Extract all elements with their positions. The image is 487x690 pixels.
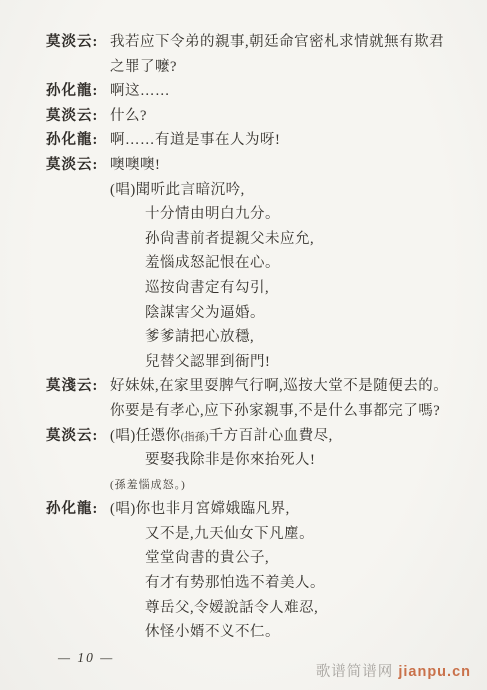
sung-lyric-text: 堂堂尙書的貴公子, — [145, 546, 269, 571]
speaker-label: 孙化龍: — [46, 128, 110, 153]
script-line: 爹爹請把心放穩, — [46, 325, 473, 350]
script-line: 要娶我除非是你來抬死人! — [46, 448, 473, 473]
script-line: 堂堂尙書的貴公子, — [46, 546, 473, 571]
dialogue-text: 好妹妹,在家里耍脾气行啊,巡按大堂不是随便去的。 — [110, 374, 448, 399]
page-number: — 10 — — [58, 650, 114, 666]
script-line: (孫羞惱成怒。) — [46, 473, 473, 498]
sung-lyric-text: 又不是,九天仙女下凡塵。 — [145, 522, 314, 547]
sung-lyric-text: 休怪小婿不义不仁。 — [145, 620, 280, 645]
speaker-label: 莫淡云: — [46, 153, 110, 178]
watermark-site-name: 歌谱简谱网 — [316, 664, 394, 680]
script-line: 孙尙書前者提親父未应允, — [46, 227, 473, 252]
speaker-label: 莫淡云: — [46, 104, 110, 129]
script-line: 之罪了嚒? — [46, 55, 473, 80]
sung-lyric-text: 爹爹請把心放穩, — [145, 325, 254, 350]
sung-lyric-text: 兒替父認罪到衙門! — [145, 350, 270, 375]
inline-stage-note: (指孫) — [181, 432, 209, 443]
stage-direction: (孫羞惱成怒。) — [110, 473, 186, 498]
script-line: 孙化龍: (唱)你也非月宮嫦娥臨凡界, — [46, 497, 473, 522]
sung-lyric-text: 十分情由明白九分。 — [145, 202, 280, 227]
sung-lyric-text: 巡按尙書定有勾引, — [145, 276, 269, 301]
dialogue-text: 啊……有道是事在人为呀! — [110, 128, 280, 153]
sung-lyric-text: 有才有势那怕选不着美人。 — [145, 571, 325, 596]
script-line: 羞惱成怒記恨在心。 — [46, 251, 473, 276]
script-line: 孙化龍: 啊……有道是事在人为呀! — [46, 128, 473, 153]
dialogue-text: 什么? — [110, 104, 147, 129]
watermark: 歌谱简谱网 jianpu.cn — [316, 660, 471, 681]
sung-lyric-text: (唱)任憑你(指孫)千方百計心血費尽, — [110, 424, 333, 451]
sung-lyric-text: (唱)你也非月宮嫦娥臨凡界, — [110, 497, 290, 522]
dialogue-text: 你要是有孝心,应下孙家親事,不是什么事都完了嗎? — [110, 399, 440, 424]
script-line: 十分情由明白九分。 — [46, 202, 473, 227]
sung-lyric-text: 孙尙書前者提親父未应允, — [145, 227, 314, 252]
script-line: 你要是有孝心,应下孙家親事,不是什么事都完了嗎? — [46, 399, 473, 424]
watermark-site-url: jianpu.cn — [398, 664, 471, 680]
page-footer: — 10 — 歌谱简谱网 jianpu.cn — [0, 644, 487, 690]
speaker-label: 莫淡云: — [46, 424, 110, 449]
sung-lyric-text: (唱)聞听此言暗沉吟, — [110, 178, 245, 203]
speaker-label: 孙化龍: — [46, 79, 110, 104]
script-line: 莫淺云: 好妹妹,在家里耍脾气行啊,巡按大堂不是随便去的。 — [46, 374, 473, 399]
script-line: 孙化龍: 啊这…… — [46, 79, 473, 104]
script-line: 莫淡云: 噢噢噢! — [46, 153, 473, 178]
script-line: 莫淡云: 什么? — [46, 104, 473, 129]
script-line: 莫淡云: (唱)任憑你(指孫)千方百計心血費尽, — [46, 424, 473, 449]
sung-lyric-text: 陰謀害父为逼婚。 — [145, 301, 265, 326]
speaker-label: 孙化龍: — [46, 497, 110, 522]
script-line: 又不是,九天仙女下凡塵。 — [46, 522, 473, 547]
script-line: 有才有势那怕选不着美人。 — [46, 571, 473, 596]
script-line: 尊岳父,令嫒說話令人难忍, — [46, 596, 473, 621]
dialogue-text: 啊这…… — [110, 79, 170, 104]
dialogue-text: 我若应下令弟的親事,朝廷命官密札求情就無有欺君 — [110, 30, 444, 55]
lyric-pre: (唱)任憑你 — [110, 428, 181, 444]
sung-lyric-text: 羞惱成怒記恨在心。 — [145, 251, 280, 276]
script-line: 巡按尙書定有勾引, — [46, 276, 473, 301]
script-line: 兒替父認罪到衙門! — [46, 350, 473, 375]
script-line: 休怪小婿不义不仁。 — [46, 620, 473, 645]
dialogue-text: 噢噢噢! — [110, 153, 160, 178]
script-line: (唱)聞听此言暗沉吟, — [46, 178, 473, 203]
script-line: 陰謀害父为逼婚。 — [46, 301, 473, 326]
scanned-script-page: 莫淡云: 我若应下令弟的親事,朝廷命官密札求情就無有欺君 之罪了嚒? 孙化龍: … — [0, 0, 487, 690]
dialogue-text: 之罪了嚒? — [110, 55, 177, 80]
sung-lyric-text: 尊岳父,令嫒說話令人难忍, — [145, 596, 318, 621]
speaker-label: 莫淡云: — [46, 30, 110, 55]
lyric-post: 千方百計心血費尽, — [209, 428, 333, 444]
sung-lyric-text: 要娶我除非是你來抬死人! — [145, 448, 315, 473]
script-line: 莫淡云: 我若应下令弟的親事,朝廷命官密札求情就無有欺君 — [46, 30, 473, 55]
speaker-label: 莫淺云: — [46, 374, 110, 399]
